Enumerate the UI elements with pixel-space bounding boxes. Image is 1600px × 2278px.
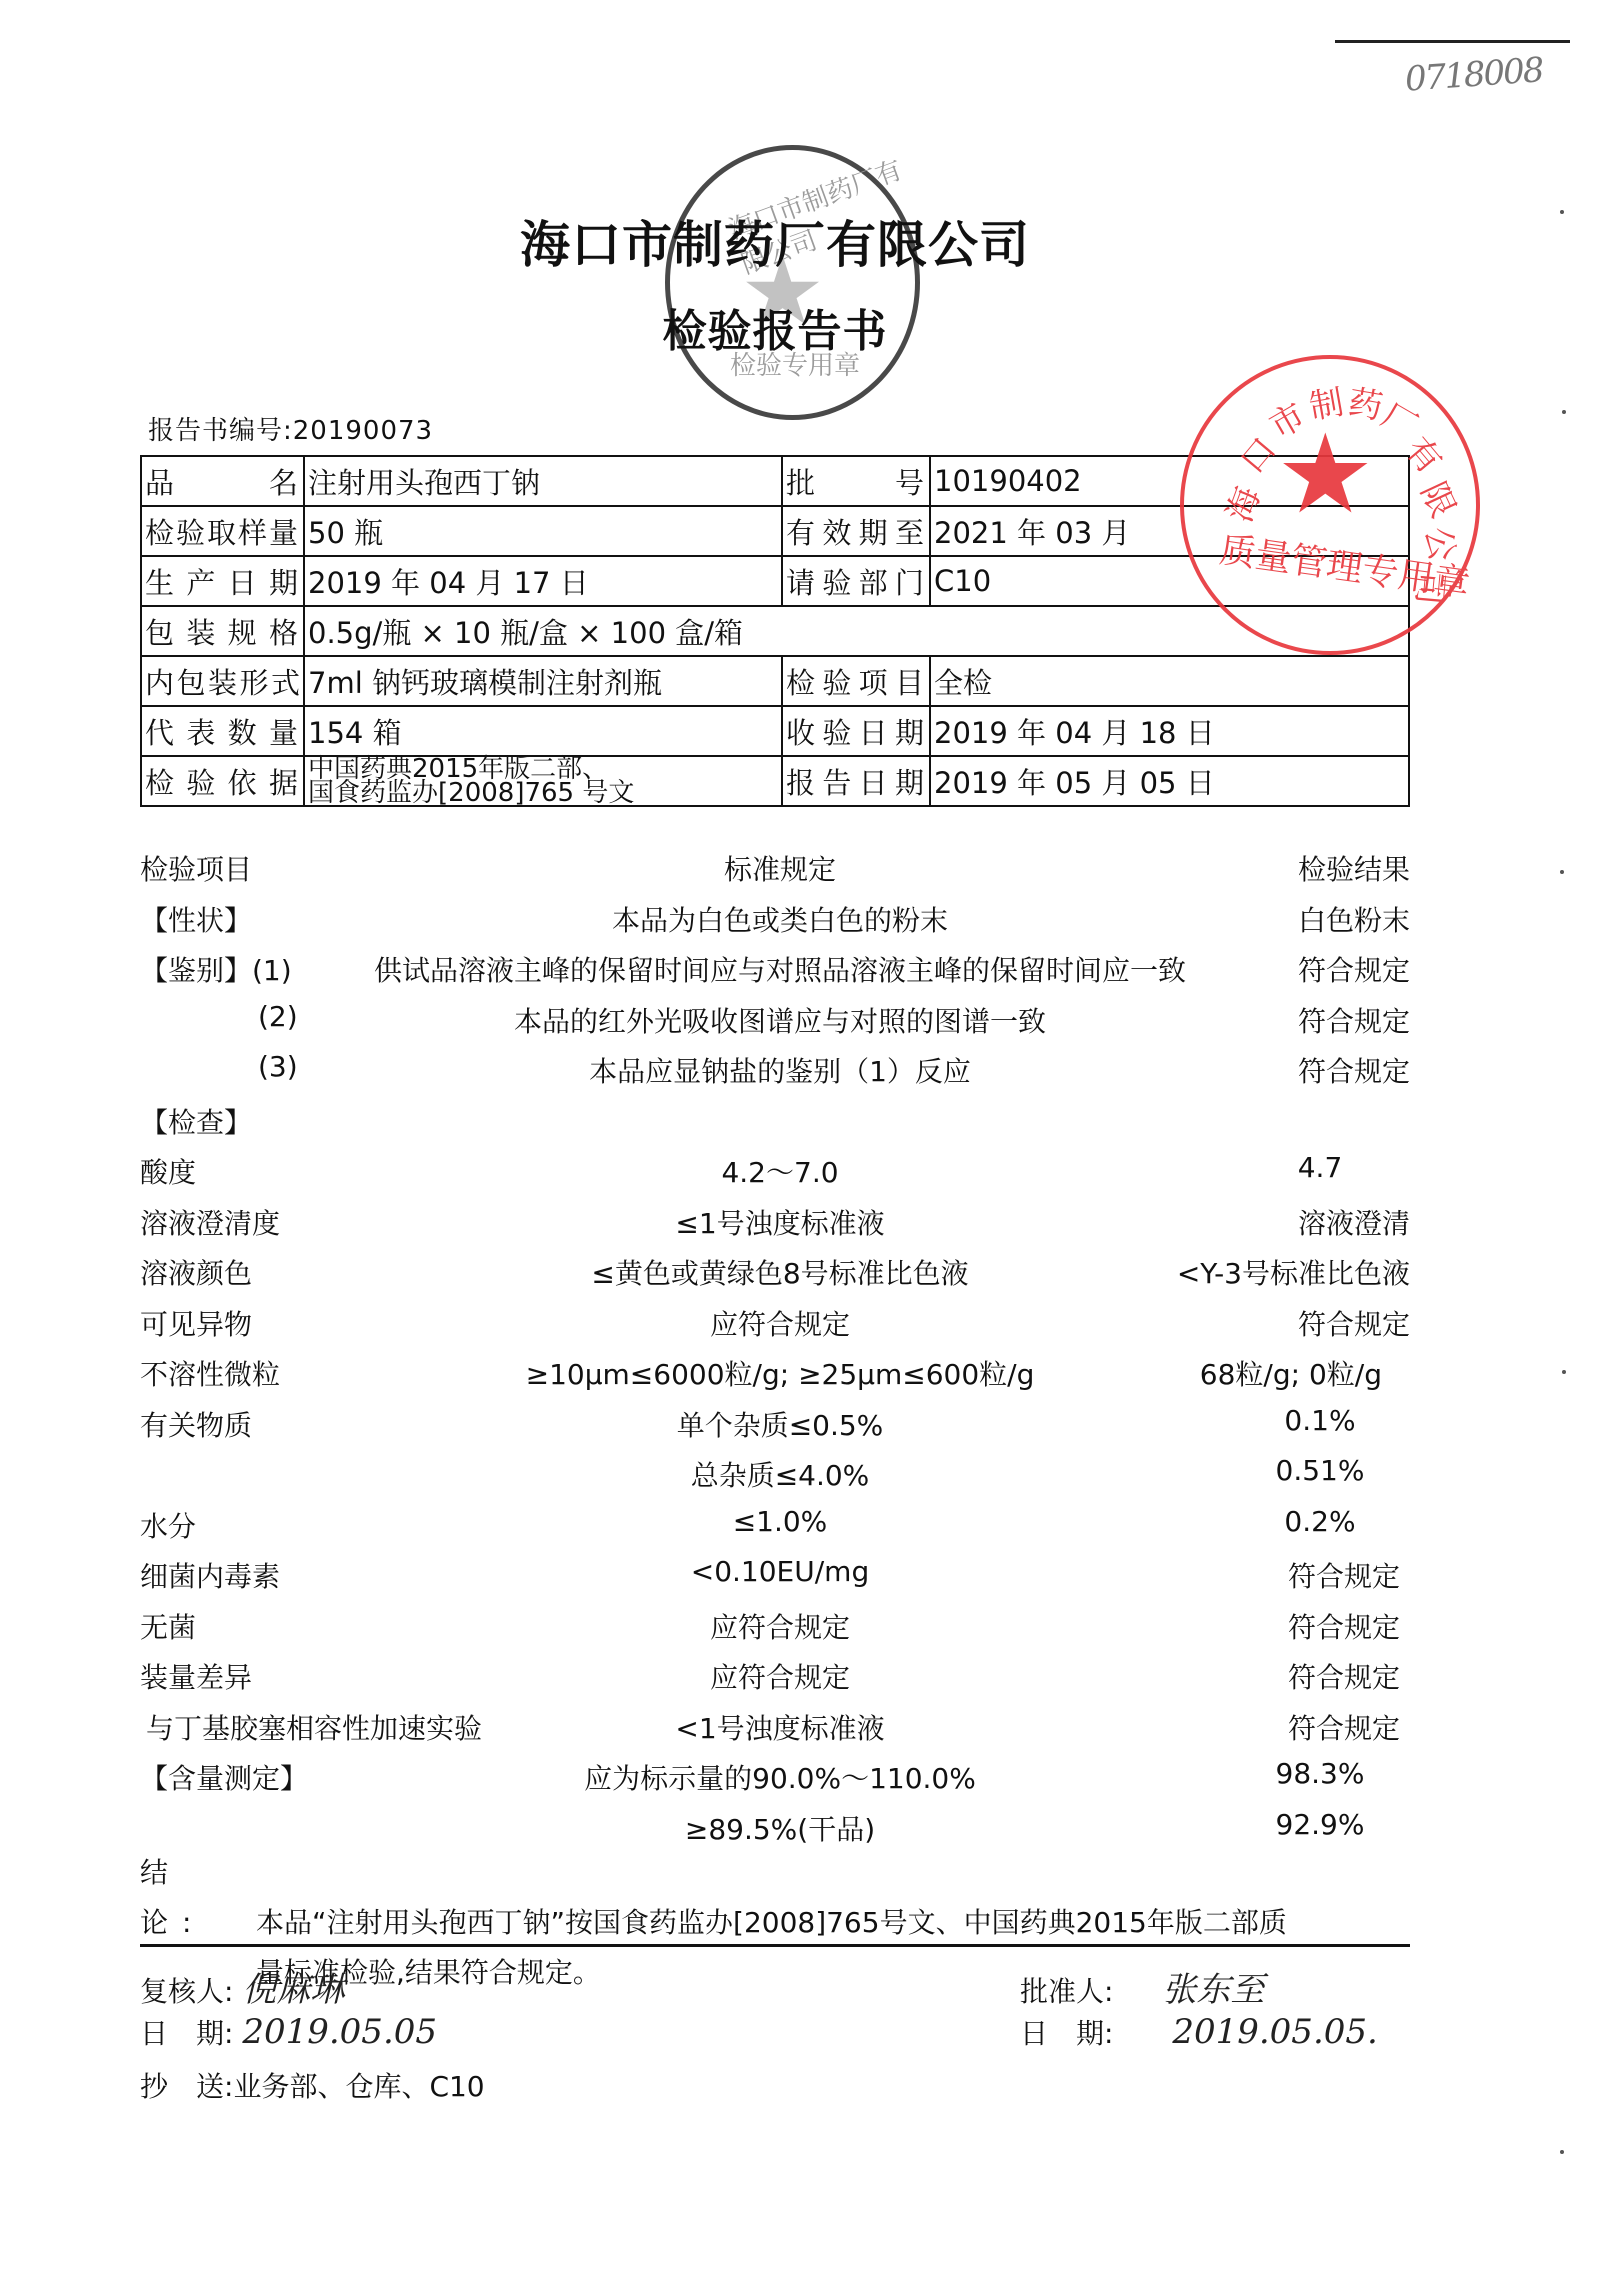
test-row: 酸度4.2～7.04.7 bbox=[140, 1145, 1410, 1196]
test-standard: <0.10EU/mg bbox=[390, 1555, 1170, 1588]
table-row: 包装规格 0.5g/瓶 × 10 瓶/盒 × 100 盒/箱 bbox=[141, 606, 1409, 656]
reviewer-signature: 倪麻琳 bbox=[242, 1970, 344, 2010]
document-title: 检验报告书 bbox=[0, 295, 1550, 359]
test-item: 【含量测定】 bbox=[140, 1757, 308, 1797]
dept-label: 请验部门 bbox=[782, 556, 930, 606]
inner-pack-label: 内包装形式 bbox=[141, 656, 304, 706]
batch-label: 批 号 bbox=[782, 456, 930, 506]
header-standard: 标准规定 bbox=[390, 848, 1170, 888]
test-standard: 本品的红外光吸收图谱应与对照的图谱一致 bbox=[390, 1000, 1170, 1040]
report-number: 报告书编号:20190073 bbox=[148, 410, 433, 447]
test-standard: 本品为白色或类白色的粉末 bbox=[390, 899, 1170, 939]
test-result: 符合规定 bbox=[1160, 1606, 1400, 1646]
divider bbox=[140, 1944, 1410, 1947]
margin-mark bbox=[1560, 210, 1564, 214]
dept: C10 bbox=[930, 556, 1409, 606]
product-info-table: 品 名 注射用头孢西丁钠 批 号 10190402 检验取样量 50 瓶 有效期… bbox=[140, 455, 1410, 807]
expiry: 2021 年 03 月 bbox=[930, 506, 1409, 556]
test-standard: ≤1号浊度标准液 bbox=[390, 1202, 1170, 1242]
margin-mark bbox=[1560, 870, 1564, 874]
basis-line-2: 国食药监办[2008]765 号文 bbox=[308, 781, 778, 805]
sample-qty-label: 检验取样量 bbox=[141, 506, 304, 556]
approver-signature: 张东至 bbox=[1162, 1970, 1264, 2010]
reviewer-date-label: 日 期: bbox=[140, 2017, 233, 2050]
test-item: 不溶性微粒 bbox=[140, 1353, 280, 1393]
table-row: 代表数量 154 箱 收验日期 2019 年 04 月 18 日 bbox=[141, 706, 1409, 756]
test-row: 不溶性微粒≥10μm≤6000粒/g; ≥25μm≤600粒/g68粒/g; 0… bbox=[140, 1347, 1410, 1398]
test-result: 符合规定 bbox=[1160, 1555, 1400, 1595]
test-row: 装量差异应符合规定符合规定 bbox=[140, 1650, 1410, 1701]
cc-value: 业务部、仓库、C10 bbox=[233, 2070, 484, 2103]
test-standard: ≤1.0% bbox=[390, 1505, 1170, 1538]
test-standard: 4.2～7.0 bbox=[390, 1151, 1170, 1191]
approver-date-label: 日 期: bbox=[1020, 2017, 1113, 2050]
test-row: 【性状】本品为白色或类白色的粉末白色粉末 bbox=[140, 893, 1410, 944]
test-standard: 单个杂质≤0.5% bbox=[390, 1404, 1170, 1444]
test-row: ≥89.5%(干品)92.9% bbox=[140, 1802, 1410, 1853]
test-result: 符合规定 bbox=[1160, 1707, 1400, 1747]
test-standard: 应符合规定 bbox=[390, 1656, 1170, 1696]
test-row: (2)本品的红外光吸收图谱应与对照的图谱一致符合规定 bbox=[140, 994, 1410, 1045]
table-row: 检验依据 中国药典2015年版二部、 国食药监办[2008]765 号文 报告日… bbox=[141, 756, 1409, 806]
test-result: 0.2% bbox=[1220, 1505, 1420, 1538]
report-date: 2019 年 05 月 05 日 bbox=[930, 756, 1409, 806]
test-item: 细菌内毒素 bbox=[140, 1555, 280, 1595]
report-number-label: 报告书编号: bbox=[148, 416, 293, 446]
test-row: 溶液澄清度≤1号浊度标准液溶液澄清 bbox=[140, 1196, 1410, 1247]
report-number-value: 20190073 bbox=[293, 416, 433, 446]
product-name-label: 品 名 bbox=[141, 456, 304, 506]
received-date: 2019 年 04 月 18 日 bbox=[930, 706, 1409, 756]
test-items-label: 检验项目 bbox=[782, 656, 930, 706]
margin-mark bbox=[1562, 1370, 1566, 1374]
report-date-label: 报告日期 bbox=[782, 756, 930, 806]
test-standard: 总杂质≤4.0% bbox=[390, 1454, 1170, 1494]
sample-qty: 50 瓶 bbox=[304, 506, 782, 556]
stamp-ring-char: 厂 bbox=[1374, 389, 1428, 448]
stamp-ring-char: 药 bbox=[1345, 374, 1387, 428]
top-rule bbox=[1335, 40, 1570, 43]
test-standard: 本品应显钠盐的鉴别（1）反应 bbox=[390, 1050, 1170, 1090]
product-name: 注射用头孢西丁钠 bbox=[304, 456, 782, 506]
approver-label: 批准人: bbox=[1020, 1975, 1113, 2008]
stamp-ring-char: 限 bbox=[1412, 473, 1471, 525]
table-row: 内包装形式 7ml 钠钙玻璃模制注射剂瓶 检验项目 全检 bbox=[141, 656, 1409, 706]
margin-mark bbox=[1562, 410, 1566, 414]
test-row: 【鉴别】(1)供试品溶液主峰的保留时间应与对照品溶液主峰的保留时间应一致符合规定 bbox=[140, 943, 1410, 994]
test-standard: ≥10μm≤6000粒/g; ≥25μm≤600粒/g bbox=[390, 1353, 1170, 1393]
table-row: 生产日期 2019 年 04 月 17 日 请验部门 C10 bbox=[141, 556, 1409, 606]
test-result: 0.51% bbox=[1220, 1454, 1420, 1487]
conclusion-label: 结 论: bbox=[140, 1848, 256, 1948]
test-standard: ≥89.5%(干品) bbox=[390, 1808, 1170, 1848]
mfg-date-label: 生产日期 bbox=[141, 556, 304, 606]
stamp-ring-char: 制 bbox=[1305, 374, 1347, 428]
reviewer-label: 复核人: bbox=[140, 1975, 233, 2008]
pack-spec-label: 包装规格 bbox=[141, 606, 304, 656]
test-result: 溶液澄清 bbox=[1170, 1202, 1410, 1242]
test-standard: ≤黄色或黄绿色8号标准比色液 bbox=[390, 1252, 1170, 1292]
test-row: 【含量测定】应为标示量的90.0%～110.0%98.3% bbox=[140, 1751, 1410, 1802]
stamp-ring-char: 司 bbox=[1407, 569, 1459, 607]
test-standard: 应符合规定 bbox=[390, 1606, 1170, 1646]
rep-qty-label: 代表数量 bbox=[141, 706, 304, 756]
expiry-label: 有效期至 bbox=[782, 506, 930, 556]
margin-mark bbox=[1560, 2150, 1564, 2154]
test-item: 溶液颜色 bbox=[140, 1252, 252, 1292]
received-label: 收验日期 bbox=[782, 706, 930, 756]
test-item: 装量差异 bbox=[140, 1656, 252, 1696]
stamp-ring-char: 市 bbox=[1259, 389, 1313, 448]
test-row: 细菌内毒素<0.10EU/mg符合规定 bbox=[140, 1549, 1410, 1600]
test-item: (3) bbox=[258, 1050, 298, 1083]
test-item: 可见异物 bbox=[140, 1303, 252, 1343]
test-standard: <1号浊度标准液 bbox=[390, 1707, 1170, 1747]
test-item: 酸度 bbox=[140, 1151, 196, 1191]
test-result: 98.3% bbox=[1220, 1757, 1420, 1790]
basis-label: 检验依据 bbox=[141, 756, 304, 806]
approver-date-value: 2019.05.05. bbox=[1172, 2012, 1377, 2052]
conclusion-line-1: 本品“注射用头孢西丁钠”按国食药监办[2008]765号文、中国药典2015年版… bbox=[256, 1906, 1287, 1939]
test-item: 【性状】 bbox=[140, 899, 252, 939]
test-row: 溶液颜色≤黄色或黄绿色8号标准比色液<Y-3号标准比色液 bbox=[140, 1246, 1410, 1297]
test-row: 有关物质单个杂质≤0.5%0.1% bbox=[140, 1398, 1410, 1449]
test-standard: 供试品溶液主峰的保留时间应与对照品溶液主峰的保留时间应一致 bbox=[280, 949, 1280, 989]
test-result: <Y-3号标准比色液 bbox=[1110, 1252, 1410, 1292]
test-item: 水分 bbox=[140, 1505, 196, 1545]
test-standard: 应为标示量的90.0%～110.0% bbox=[390, 1757, 1170, 1797]
stamp-ring-char: 公 bbox=[1416, 523, 1470, 565]
test-row: (3)本品应显钠盐的鉴别（1）反应符合规定 bbox=[140, 1044, 1410, 1095]
table-row: 检验取样量 50 瓶 有效期至 2021 年 03 月 bbox=[141, 506, 1409, 556]
company-name: 海口市制药厂有限公司 bbox=[0, 205, 1550, 277]
test-row: 可见异物应符合规定符合规定 bbox=[140, 1297, 1410, 1348]
basis: 中国药典2015年版二部、 国食药监办[2008]765 号文 bbox=[304, 756, 782, 806]
test-result: 符合规定 bbox=[1160, 1656, 1400, 1696]
test-result: 0.1% bbox=[1220, 1404, 1420, 1437]
test-result: 符合规定 bbox=[1170, 949, 1410, 989]
inner-pack: 7ml 钠钙玻璃模制注射剂瓶 bbox=[304, 656, 782, 706]
test-result: 白色粉末 bbox=[1170, 899, 1410, 939]
test-result: 符合规定 bbox=[1170, 1050, 1410, 1090]
handwritten-number: 0718008 bbox=[1404, 50, 1544, 99]
header-result: 检验结果 bbox=[1170, 848, 1410, 888]
test-result: 92.9% bbox=[1220, 1808, 1420, 1841]
reviewer-date-value: 2019.05.05 bbox=[242, 2012, 437, 2052]
test-item: 溶液澄清度 bbox=[140, 1202, 280, 1242]
table-row: 品 名 注射用头孢西丁钠 批 号 10190402 bbox=[141, 456, 1409, 506]
test-section-heading: 【检查】 bbox=[140, 1101, 252, 1141]
test-item: 有关物质 bbox=[140, 1404, 252, 1444]
test-row: 水分≤1.0%0.2% bbox=[140, 1499, 1410, 1550]
test-row: 【检查】 bbox=[140, 1095, 1410, 1146]
reviewer-date: 日 期: 2019.05.05 bbox=[140, 2012, 437, 2052]
rep-qty: 154 箱 bbox=[304, 706, 782, 756]
approver: 批准人: 张东至 bbox=[1020, 1962, 1264, 2011]
test-row: 无菌应符合规定符合规定 bbox=[140, 1600, 1410, 1651]
test-standard: 应符合规定 bbox=[390, 1303, 1170, 1343]
cc: 抄 送:业务部、仓库、C10 bbox=[140, 2065, 485, 2105]
test-row: 与丁基胶塞相容性加速实验<1号浊度标准液符合规定 bbox=[140, 1701, 1410, 1752]
header-item: 检验项目 bbox=[140, 848, 252, 888]
reviewer: 复核人: 倪麻琳 bbox=[140, 1962, 344, 2011]
test-result: 4.7 bbox=[1220, 1151, 1420, 1184]
test-items: 全检 bbox=[930, 656, 1409, 706]
test-row: 总杂质≤4.0%0.51% bbox=[140, 1448, 1410, 1499]
inspection-stamp: 海口市制药厂有限公司 ★ 检验专用章 bbox=[665, 145, 920, 420]
batch-number: 10190402 bbox=[930, 456, 1409, 506]
test-result: 符合规定 bbox=[1170, 1303, 1410, 1343]
approver-date: 日 期: 2019.05.05. bbox=[1020, 2012, 1378, 2052]
test-result: 68粒/g; 0粒/g bbox=[1142, 1353, 1382, 1393]
test-item: 【鉴别】(1) bbox=[140, 949, 292, 989]
test-result: 符合规定 bbox=[1170, 1000, 1410, 1040]
pack-spec: 0.5g/瓶 × 10 瓶/盒 × 100 盒/箱 bbox=[304, 606, 1409, 656]
test-header-row: 检验项目 标准规定 检验结果 bbox=[140, 842, 1410, 893]
cc-label: 抄 送: bbox=[140, 2070, 233, 2103]
test-results-section: 检验项目 标准规定 检验结果 【性状】本品为白色或类白色的粉末白色粉末 【鉴别】… bbox=[140, 842, 1410, 1852]
mfg-date: 2019 年 04 月 17 日 bbox=[304, 556, 782, 606]
test-item: (2) bbox=[258, 1000, 298, 1033]
test-item: 无菌 bbox=[140, 1606, 196, 1646]
